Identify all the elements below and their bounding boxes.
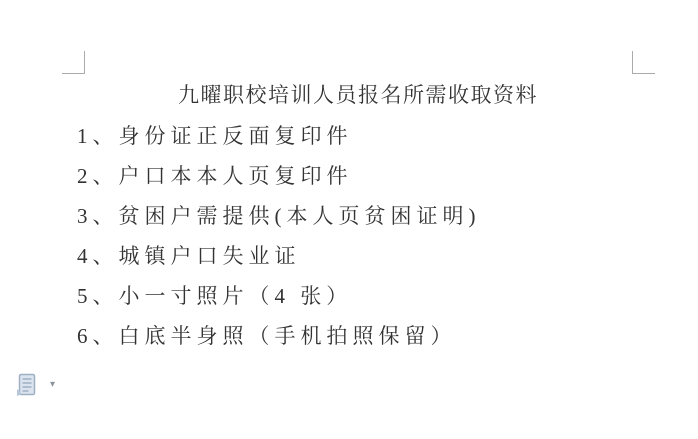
dropdown-arrow-icon[interactable]: ▾	[50, 380, 55, 390]
list-item: 4、城镇户口失业证	[77, 236, 637, 276]
document-page: 九曜职校培训人员报名所需收取资料 1、身份证正反面复印件2、户口本本人页复印件3…	[0, 0, 698, 439]
document-title: 九曜职校培训人员报名所需收取资料	[84, 80, 632, 110]
margin-corner-top-left	[62, 51, 85, 74]
document-list: 1、身份证正反面复印件2、户口本本人页复印件3、贫困户需提供(本人页贫困证明)4…	[77, 116, 637, 356]
list-item: 5、小一寸照片（4 张）	[77, 276, 637, 316]
list-item: 3、贫困户需提供(本人页贫困证明)	[77, 196, 637, 236]
margin-corner-top-right	[632, 51, 655, 74]
paste-options-button[interactable]: ▾	[16, 372, 68, 398]
paste-options-icon	[16, 373, 38, 397]
list-item: 6、白底半身照（手机拍照保留）	[77, 316, 637, 356]
list-item: 1、身份证正反面复印件	[77, 116, 637, 156]
list-item: 2、户口本本人页复印件	[77, 156, 637, 196]
